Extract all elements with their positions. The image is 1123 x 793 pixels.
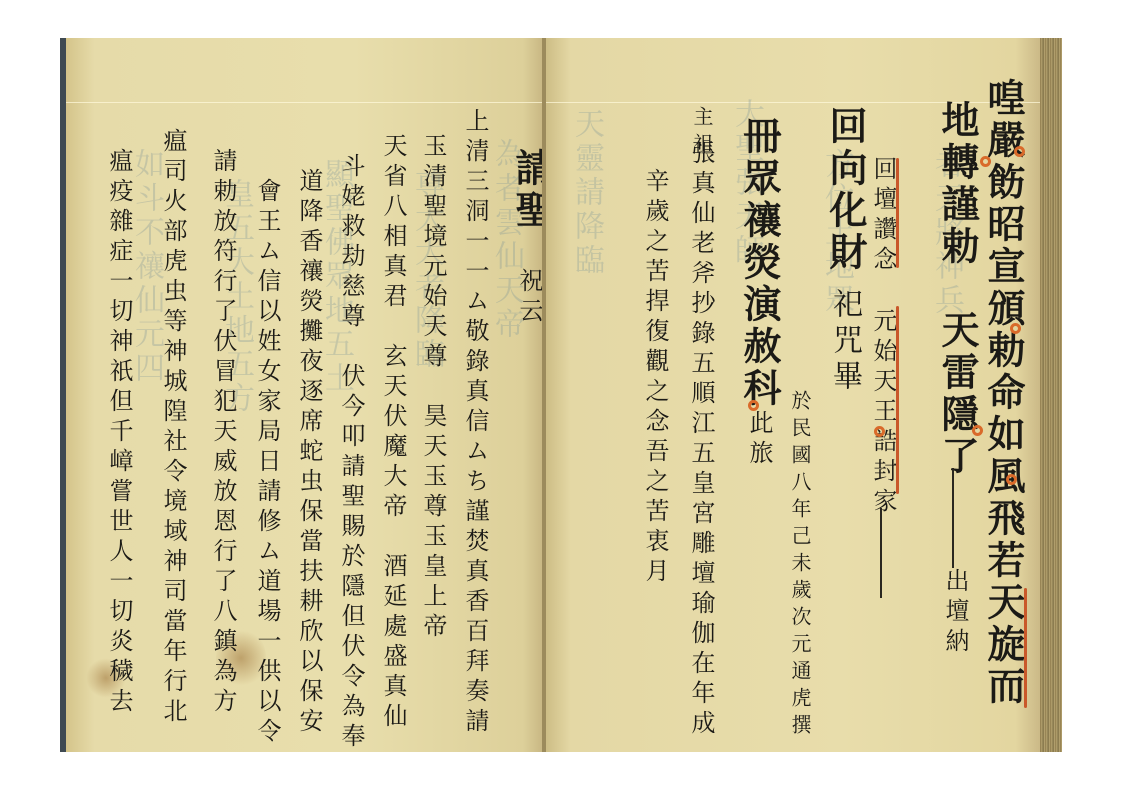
right-col-2-note: 出壇納 [938,568,973,658]
red-bracket-line [1024,588,1027,708]
open-book: 如斗不禳仙元四 皇五大土地五方 顯聖佛眾地五土 尊大大者降臨 為者雲仙天帝 請聖… [60,38,1062,752]
left-col-2: 祝云 [512,268,542,328]
red-circle-mark [1010,323,1021,334]
red-circle-mark [972,425,983,436]
right-col-5-note: 此旅 [742,410,777,470]
red-bracket-line [896,158,899,268]
red-circle-mark [748,400,759,411]
left-col-10: 瘟司火部虎虫等神城隍社令境域神司當年行北 [156,128,191,728]
page-edges [1040,38,1062,752]
right-col-4b: 祀咒畢 [822,288,866,396]
left-col-8: 會王ム信以姓女家局日請修ム道場一供以令 [250,178,285,748]
left-col-9: 請勅放符行了伏冒犯天威放恩行了八鎮為方 [206,148,241,718]
right-col-7: 張真仙老斧抄錄五順江五皇宮雕壇瑜伽在年成 [684,140,719,740]
continuation-stroke [880,508,882,598]
right-col-2: 地轉謹勅 天雷隱了 [930,100,985,478]
continuation-stroke [952,468,954,568]
right-col-8: 辛歲之苦捍復觀之念吾之苦衷月 [638,168,673,588]
red-bracket-line [896,306,899,494]
left-col-7: 道降香禳熒攤夜逐席蛇虫保當扶耕欣以保安 [292,168,327,738]
red-circle-mark [1014,146,1025,157]
right-col-4: 回向化財 [818,106,873,274]
red-circle-mark [1006,474,1017,485]
red-circle-mark [980,156,991,167]
right-col-5: 冊眾禳熒演赦科 [732,116,787,410]
left-col-3: 上清三洞一一ム敬錄真信ムち謹焚真香百拜奏請 [458,108,493,738]
bleed-through-text: 天靈請降臨 [566,108,606,278]
left-col-4: 玉清聖境元始天尊 昊天玉尊玉皇上帝 [416,133,451,643]
left-page: 如斗不禳仙元四 皇五大土地五方 顯聖佛眾地五土 尊大大者降臨 為者雲仙天帝 請聖… [66,38,542,752]
red-circle-mark [874,426,885,437]
fold-crease [66,102,542,103]
left-col-11: 瘟疫雜症一切神祇但千嶂嘗世人一切炎穢去 [102,148,137,718]
right-page: 天靈請降臨 大聖張天師 方位土地眾 者天將神兵 喤嚴飭昭宣頒勅命如風飛若天旋而 … [546,38,1040,752]
right-col-6-date: 於民國八年己未歲次元通虎撰 [786,390,815,741]
left-col-1: 請聖 [504,148,542,232]
left-col-5: 天省八相真君 玄天伏魔大帝 酒延處盛真仙 [376,133,411,733]
left-col-6: 斗姥救劫慈尊 伏今叩請聖賜於隱但伏令為奉 [334,153,369,752]
